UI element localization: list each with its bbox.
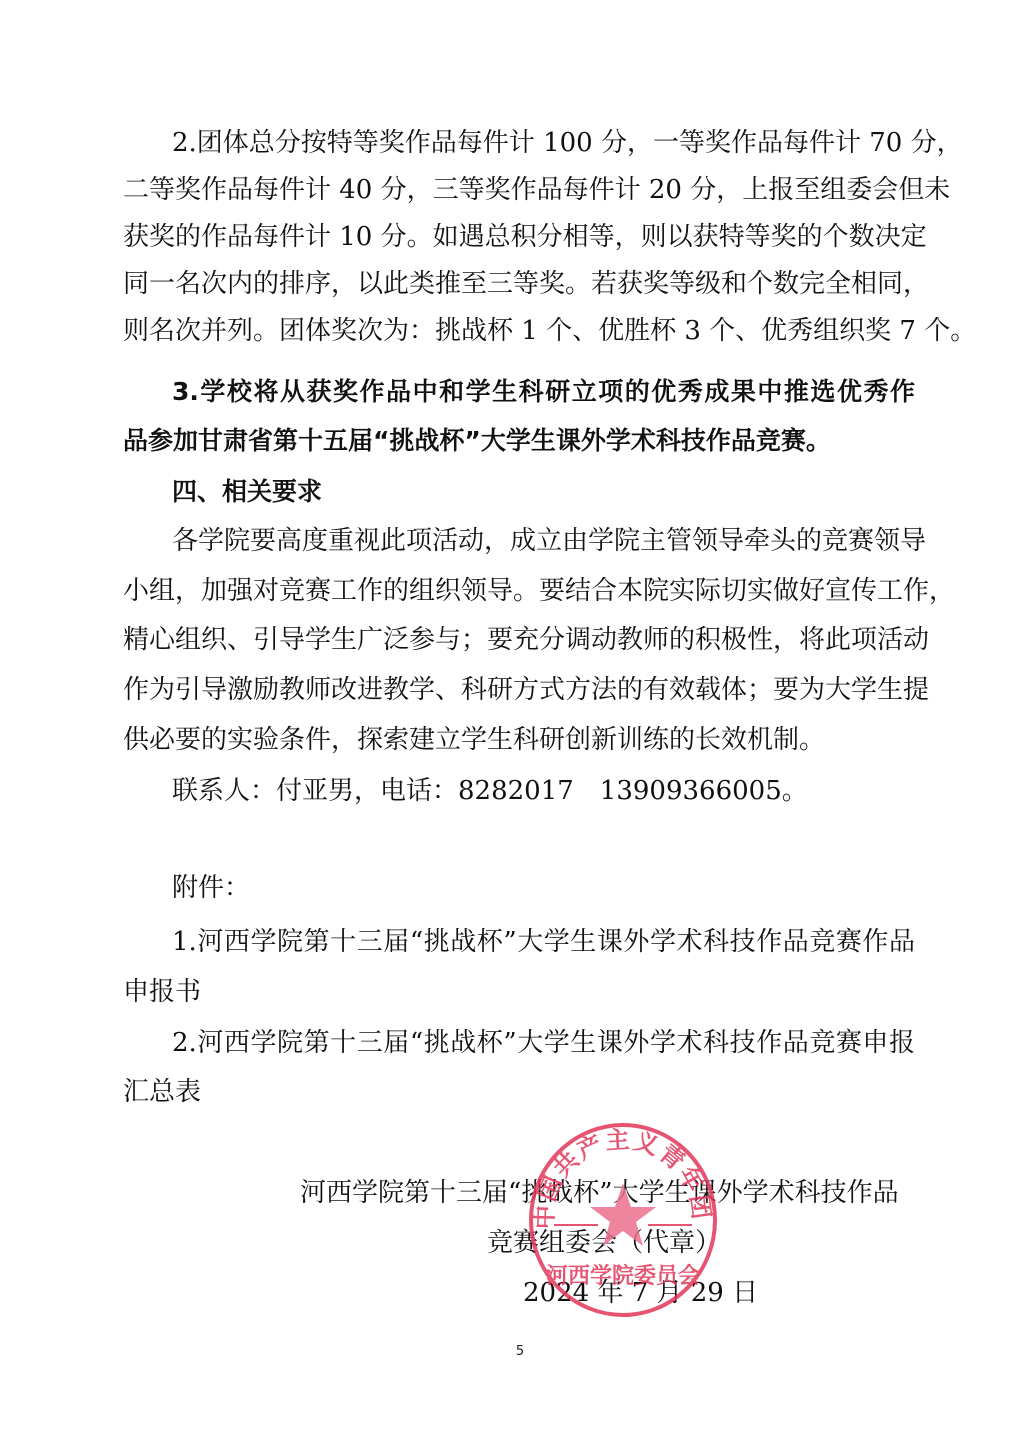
paragraph-3-line: 品参加甘肃省第十五届“挑战杯”大学生课外学术科技作品竞赛。 (123, 421, 915, 461)
paragraph-2-line: 获奖的作品每件计 10 分。如遇总积分相等，则以获特等奖的个数决定 (123, 217, 915, 257)
paragraph-2-line: 同一名次内的排序，以此类推至三等奖。若获奖等级和个数完全相同， (123, 264, 915, 304)
paragraph-2-line: 二等奖作品每件计 40 分，三等奖作品每件计 20 分，上报至组委会但未 (123, 170, 915, 210)
paragraph-2-line: 2.团体总分按特等奖作品每件计 100 分，一等奖作品每件计 70 分， (172, 123, 915, 163)
requirements-line: 供必要的实验条件，探索建立学生科研创新训练的长效机制。 (123, 720, 915, 760)
signature-date: 2024 年 7 月 29 日 (523, 1273, 758, 1313)
requirements-line: 精心组织、引导学生广泛参与；要充分调动教师的积极性，将此项活动 (123, 620, 915, 660)
attachments-label: 附件： (172, 868, 250, 908)
page-number: 5 (500, 1344, 540, 1359)
requirements-line: 作为引导激励教师改进教学、科研方式方法的有效载体；要为大学生提 (123, 670, 915, 710)
requirements-line: 小组，加强对竞赛工作的组织领导。要结合本院实际切实做好宣传工作， (123, 571, 915, 611)
document-page: 2.团体总分按特等奖作品每件计 100 分，一等奖作品每件计 70 分， 二等奖… (0, 0, 1024, 1448)
section-heading: 四、相关要求 (172, 472, 322, 512)
attachment-2-line: 汇总表 (123, 1072, 201, 1112)
signature-org-line: 竞赛组委会（代章） (487, 1223, 721, 1263)
requirements-line: 各学院要高度重视此项活动，成立由学院主管领导牵头的竞赛领导 (172, 521, 915, 561)
attachment-2-line: 2.河西学院第十三届“挑战杯”大学生课外学术科技作品竞赛申报 (172, 1023, 915, 1063)
attachment-1-line: 1.河西学院第十三届“挑战杯”大学生课外学术科技作品竞赛作品 (172, 922, 915, 962)
paragraph-2-line: 则名次并列。团体奖次为：挑战杯 1 个、优胜杯 3 个、优秀组织奖 7 个。 (123, 311, 915, 351)
signature-org-line: 河西学院第十三届“挑战杯”大学生课外学术科技作品 (300, 1173, 899, 1213)
contact-line: 联系人：付亚男，电话：8282017 13909366005。 (172, 771, 808, 811)
attachment-1-line: 申报书 (123, 972, 201, 1012)
paragraph-3-line: 3.学校将从获奖作品中和学生科研立项的优秀成果中推选优秀作 (172, 372, 915, 412)
